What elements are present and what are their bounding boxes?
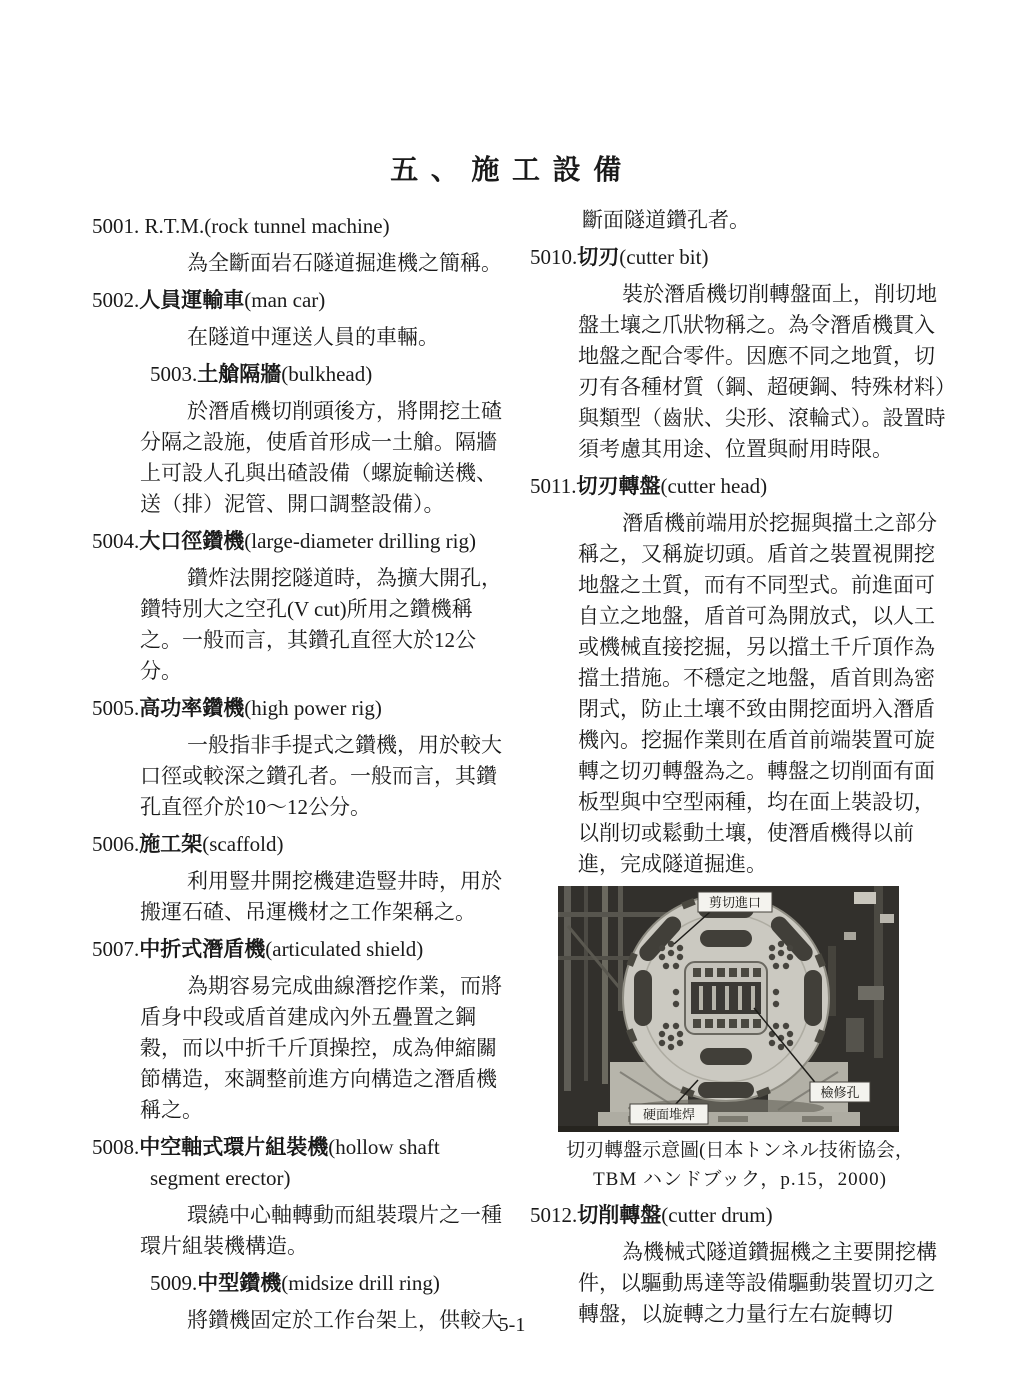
- entry-english: (midsize drill ring): [281, 1271, 440, 1295]
- left-column: 5001. R.T.M.(rock tunnel machine) 為全斷面岩石…: [92, 205, 505, 1340]
- right-column: 斷面隧道鑽孔者。 5010.切刃(cutter bit) 裝於潛盾機切削轉盤面上…: [530, 205, 950, 1340]
- center-hub: [685, 962, 767, 1034]
- entry-term-text: R.T.M.: [145, 214, 205, 238]
- figure-caption: 切刃轉盤示意圖(日本トンネル技術協会，TBM ハンドブック，p.15，2000): [530, 1136, 950, 1194]
- entry-term: 5004.大口徑鑽機(large-diameter drilling rig): [92, 526, 505, 557]
- entry-term: 5009.中型鑽機(midsize drill ring): [150, 1268, 505, 1299]
- entry-term-text: 高功率鑽機: [139, 696, 244, 720]
- entry-term: 5010.切刃(cutter bit): [530, 242, 950, 273]
- entry-english: (rock tunnel machine): [204, 214, 389, 238]
- entry-definition: 為全斷面岩石隧道掘進機之簡稱。: [92, 248, 505, 279]
- glossary-entry-5006: 5006.施工架(scaffold) 利用豎井開挖機建造豎井時，用於搬運石碴、吊…: [92, 829, 505, 928]
- entry-number: 5001.: [92, 214, 145, 238]
- entry-number: 5002.: [92, 288, 139, 312]
- entry-term-text: 大口徑鑽機: [139, 529, 244, 553]
- glossary-entry-5003: 5003.土艙隔牆(bulkhead) 於潛盾機切削頭後方，將開挖土碴分隔之設施…: [92, 359, 505, 520]
- entry-number: 5010.: [530, 245, 577, 269]
- entry-english: (cutter head): [660, 474, 767, 498]
- entry-english: (cutter bit): [619, 245, 708, 269]
- entry-number: 5008.: [92, 1135, 139, 1159]
- photo-label-top: 剪切進口: [698, 892, 772, 912]
- entry-number: 5006.: [92, 832, 139, 856]
- entry-definition: 為期容易完成曲線潛挖作業，而將盾身中段或盾首建成內外五疊置之鋼穀，而以中折千斤頂…: [92, 971, 505, 1126]
- glossary-entry-5011: 5011.切刃轉盤(cutter head) 潛盾機前端用於挖掘與擋土之部分稱之…: [530, 471, 950, 880]
- entry-english: (scaffold): [202, 832, 283, 856]
- glossary-entry-5005: 5005.高功率鑽機(high power rig) 一般指非手提式之鑽機，用於…: [92, 693, 505, 823]
- entry-term: 5007.中折式潛盾機(articulated shield): [92, 934, 505, 965]
- carryover-text: 斷面隧道鑽孔者。: [530, 205, 950, 236]
- glossary-entry-5008: 5008.中空軸式環片組裝機(hollow shaft segment erec…: [92, 1132, 505, 1262]
- entry-english: (bulkhead): [281, 362, 372, 386]
- photo-label-top-text: 剪切進口: [709, 895, 761, 910]
- entry-term: 5005.高功率鑽機(high power rig): [92, 693, 505, 724]
- entry-definition: 在隧道中運送人員的車輛。: [92, 322, 505, 353]
- cutter-head-disc: [623, 895, 829, 1101]
- entry-definition: 一般指非手提式之鑽機，用於較大口徑或較深之鑽孔者。一般而言，其鑽孔直徑介於10～…: [92, 730, 505, 823]
- entry-english: (high power rig): [244, 696, 382, 720]
- entry-english: (articulated shield): [265, 937, 423, 961]
- entry-number: 5005.: [92, 696, 139, 720]
- entry-term: 5008.中空軸式環片組裝機(hollow shaft segment erec…: [92, 1132, 505, 1194]
- entry-term: 5011.切刃轉盤(cutter head): [530, 471, 950, 502]
- entry-term: 5012.切削轉盤(cutter drum): [530, 1200, 950, 1231]
- entry-term-text: 切刃轉盤: [576, 474, 660, 498]
- entry-term-text: 切削轉盤: [577, 1203, 661, 1227]
- two-column-body: 5001. R.T.M.(rock tunnel machine) 為全斷面岩石…: [92, 205, 950, 1340]
- figure-caption-line1: 切刃轉盤示意圖(日本トンネル技術協会，: [566, 1140, 914, 1161]
- page-number: 5-1: [0, 1314, 1024, 1337]
- entry-term: 5006.施工架(scaffold): [92, 829, 505, 860]
- entry-number: 5004.: [92, 529, 139, 553]
- entry-term-text: 中空軸式環片組裝機: [139, 1135, 328, 1159]
- entry-term-text: 中型鑽機: [197, 1271, 281, 1295]
- entry-english: (man car): [244, 288, 325, 312]
- figure-caption-line2: TBM ハンドブック，p.15，2000): [593, 1169, 887, 1190]
- glossary-entry-5004: 5004.大口徑鑽機(large-diameter drilling rig) …: [92, 526, 505, 687]
- page-title: 五、施工設備: [0, 148, 1024, 188]
- entry-term-text: 土艙隔牆: [197, 362, 281, 386]
- entry-definition: 於潛盾機切削頭後方，將開挖土碴分隔之設施，使盾首形成一土艙。隔牆上可設人孔與出碴…: [92, 396, 505, 520]
- entry-number: 5007.: [92, 937, 139, 961]
- entry-term: 5001. R.T.M.(rock tunnel machine): [92, 211, 505, 242]
- entry-term-text: 人員運輸車: [139, 288, 244, 312]
- cutter-head-photo: 剪切進口 檢修孔 硬面堆焊: [558, 886, 899, 1132]
- entry-definition: 鑽炸法開挖隧道時，為擴大開孔，鑽特別大之空孔(V cut)所用之鑽機稱之。一般而…: [92, 563, 505, 687]
- photo-label-bottom-right: 檢修孔: [810, 1082, 870, 1102]
- figure-cutter-head: 剪切進口 檢修孔 硬面堆焊 切刃轉盤示意圖(日本トンネル技術協会，TBM ハンド…: [530, 886, 950, 1194]
- entry-definition: 利用豎井開挖機建造豎井時，用於搬運石碴、吊運機材之工作架稱之。: [92, 866, 505, 928]
- entry-term: 5002.人員運輸車(man car): [92, 285, 505, 316]
- entry-definition: 潛盾機前端用於挖掘與擋土之部分稱之，又稱旋切頭。盾首之裝置視開挖地盤之土質，而有…: [530, 508, 950, 880]
- photo-label-bottom-left: 硬面堆焊: [630, 1104, 708, 1124]
- entry-english: (large-diameter drilling rig): [244, 529, 476, 553]
- photo-label-bottom-right-text: 檢修孔: [820, 1085, 859, 1100]
- entry-definition: 裝於潛盾機切削轉盤面上，削切地盤土壤之爪狀物稱之。為令潛盾機貫入地盤之配合零件。…: [530, 279, 950, 465]
- glossary-entry-5010: 5010.切刃(cutter bit) 裝於潛盾機切削轉盤面上，削切地盤土壤之爪…: [530, 242, 950, 465]
- entry-english: (cutter drum): [661, 1203, 772, 1227]
- entry-number: 5011.: [530, 474, 576, 498]
- entry-number: 5003.: [150, 362, 197, 386]
- entry-definition: 環繞中心軸轉動而組裝環片之一種環片組裝機構造。: [92, 1200, 505, 1262]
- glossary-entry-5002: 5002.人員運輸車(man car) 在隧道中運送人員的車輛。: [92, 285, 505, 353]
- glossary-entry-5001: 5001. R.T.M.(rock tunnel machine) 為全斷面岩石…: [92, 211, 505, 279]
- document-page: 五、施工設備 5001. R.T.M.(rock tunnel machine)…: [0, 0, 1024, 1400]
- entry-term: 5003.土艙隔牆(bulkhead): [150, 359, 505, 390]
- entry-number: 5009.: [150, 1271, 197, 1295]
- glossary-entry-5007: 5007.中折式潛盾機(articulated shield) 為期容易完成曲線…: [92, 934, 505, 1126]
- entry-term-text: 切刃: [577, 245, 619, 269]
- glossary-entry-5012: 5012.切削轉盤(cutter drum) 為機械式隧道鑽掘機之主要開挖構件，…: [530, 1200, 950, 1330]
- entry-term-text: 中折式潛盾機: [139, 937, 265, 961]
- entry-number: 5012.: [530, 1203, 577, 1227]
- photo-label-bottom-left-text: 硬面堆焊: [643, 1107, 695, 1122]
- entry-term-text: 施工架: [139, 832, 202, 856]
